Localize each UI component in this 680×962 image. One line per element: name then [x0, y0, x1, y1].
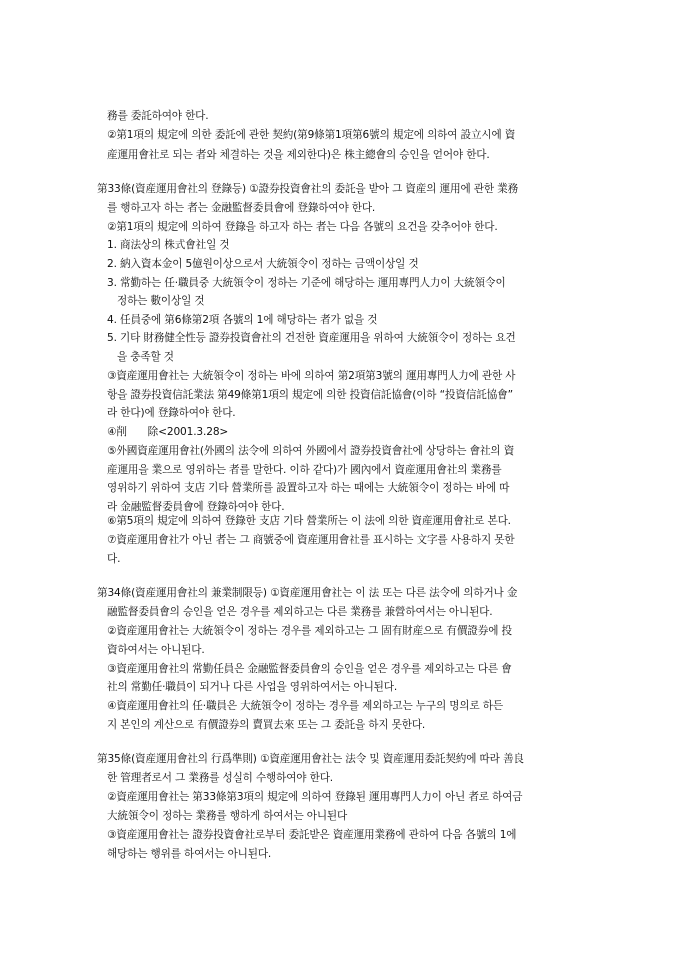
list-item-continuation: 을 충족할 것 — [117, 350, 174, 364]
text-line: ②第1項의 規定에 의한 委託에 관한 契約(第9條第1項第6號의 規定에 의하… — [107, 128, 515, 142]
text-line: 를 행하고자 하는 者는 金融監督委員會에 登錄하여야 한다. — [107, 201, 375, 215]
text-line: 務를 委託하여야 한다. — [107, 109, 208, 123]
text-line: ③資産運用會社의 常勤任員은 金融監督委員會의 승인을 얻은 경우를 제외하고는… — [107, 662, 512, 676]
text-line: ③資産運用會社는 證券投資會社로부터 委託받은 資産運用業務에 관하여 다음 各… — [107, 828, 516, 842]
list-item: 4. 任員중에 第6條第2項 各號의 1에 해당하는 者가 없을 것 — [107, 313, 377, 327]
article-34-heading: 第34條(資産運用會社의 兼業制限등) ①資産運用會社는 이 法 또는 다른 法… — [97, 586, 517, 600]
list-item: 2. 納入資本金이 5億원이상으로서 大統領令이 정하는 금액이상일 것 — [107, 257, 419, 271]
article-33-heading: 第33條(資産運用會社의 登錄등) ①證券投資會社의 委託을 받아 그 資産의 … — [97, 182, 518, 196]
list-item: 3. 常勤하는 任·職員중 大統領令이 정하는 기준에 해당하는 運用專門人力이… — [107, 276, 506, 290]
text-line: 社의 常勤任·職員이 되거나 다른 사업을 영위하여서는 아니된다. — [107, 680, 397, 694]
text-line: 라 金融監督委員會에 登錄하여야 한다. — [107, 500, 284, 514]
text-line: ②資産運用會社는 第33條第3項의 規定에 의하여 登錄된 運用專門人力이 아닌… — [107, 790, 522, 804]
text-line: ④削 除<2001.3.28> — [107, 425, 228, 439]
text-line: 한 管理者로서 그 業務를 성실히 수행하여야 한다. — [107, 771, 333, 785]
text-line: ②第1項의 規定에 의하여 登錄을 하고자 하는 者는 다음 各號의 요건을 갖… — [107, 220, 498, 234]
article-35-heading: 第35條(資産運用會社의 行爲準則) ①資産運用會社는 法令 및 資産運用委託契… — [97, 752, 524, 766]
text-line: 다. — [107, 552, 120, 566]
text-line: ⑥第5項의 規定에 의하여 登錄한 支店 기타 營業所는 이 法에 의한 資産運… — [107, 514, 511, 528]
text-line: 産運用會社로 되는 者와 체결하는 것을 제외한다)은 株主總會의 승인을 얻어… — [107, 148, 490, 162]
text-line: 融監督委員會의 승인을 얻은 경우를 제외하고는 다른 業務를 兼營하여서는 아… — [107, 605, 492, 619]
text-line: ④資産運用會社의 任·職員은 大統領令이 정하는 경우를 제외하고는 누구의 명… — [107, 699, 503, 713]
text-line: 라 한다)에 登錄하여야 한다. — [107, 406, 236, 420]
text-line: ③資産運用會社는 大統領令이 정하는 바에 의하여 第2項第3號의 運用專門人力… — [107, 369, 515, 383]
document-page: 務를 委託하여야 한다. ②第1項의 規定에 의한 委託에 관한 契約(第9條第… — [0, 0, 680, 962]
text-line: 영위하기 위하여 支店 기타 營業所를 設置하고자 하는 때에는 大統領令이 정… — [107, 481, 509, 495]
list-item-continuation: 정하는 數이상일 것 — [117, 294, 204, 308]
text-line: ②資産運用會社는 大統領令이 정하는 경우를 제외하고는 그 固有財産으로 有價… — [107, 624, 512, 638]
text-line: 資하여서는 아니된다. — [107, 643, 205, 657]
text-line: 항을 證券投資信託業法 第49條第1項의 規定에 의한 投資信託協會(이하 “投… — [107, 388, 513, 402]
text-line: 大統領令이 정하는 業務를 행하게 하여서는 아니된다 — [107, 809, 347, 823]
text-line: 해당하는 행위를 하여서는 아니된다. — [107, 847, 271, 861]
text-line: ⑦資産運用會社가 아닌 者는 그 商號중에 資産運用會社를 표시하는 文字를 사… — [107, 533, 514, 547]
list-item: 5. 기타 財務健全性등 證券投資會社의 건전한 資産運用을 위하여 大統領令이… — [107, 331, 516, 345]
text-line: 지 본인의 계산으로 有價證券의 賣買去來 또는 그 委託을 하지 못한다. — [107, 718, 425, 732]
text-line: 産運用을 業으로 영위하는 者를 말한다. 이하 같다)가 國內에서 資産運用會… — [107, 463, 501, 477]
text-line: ⑤外國資産運用會社(外國의 法令에 의하여 外國에서 證券投資會社에 상당하는 … — [107, 444, 514, 458]
list-item: 1. 商法상의 株式會社일 것 — [107, 238, 229, 252]
